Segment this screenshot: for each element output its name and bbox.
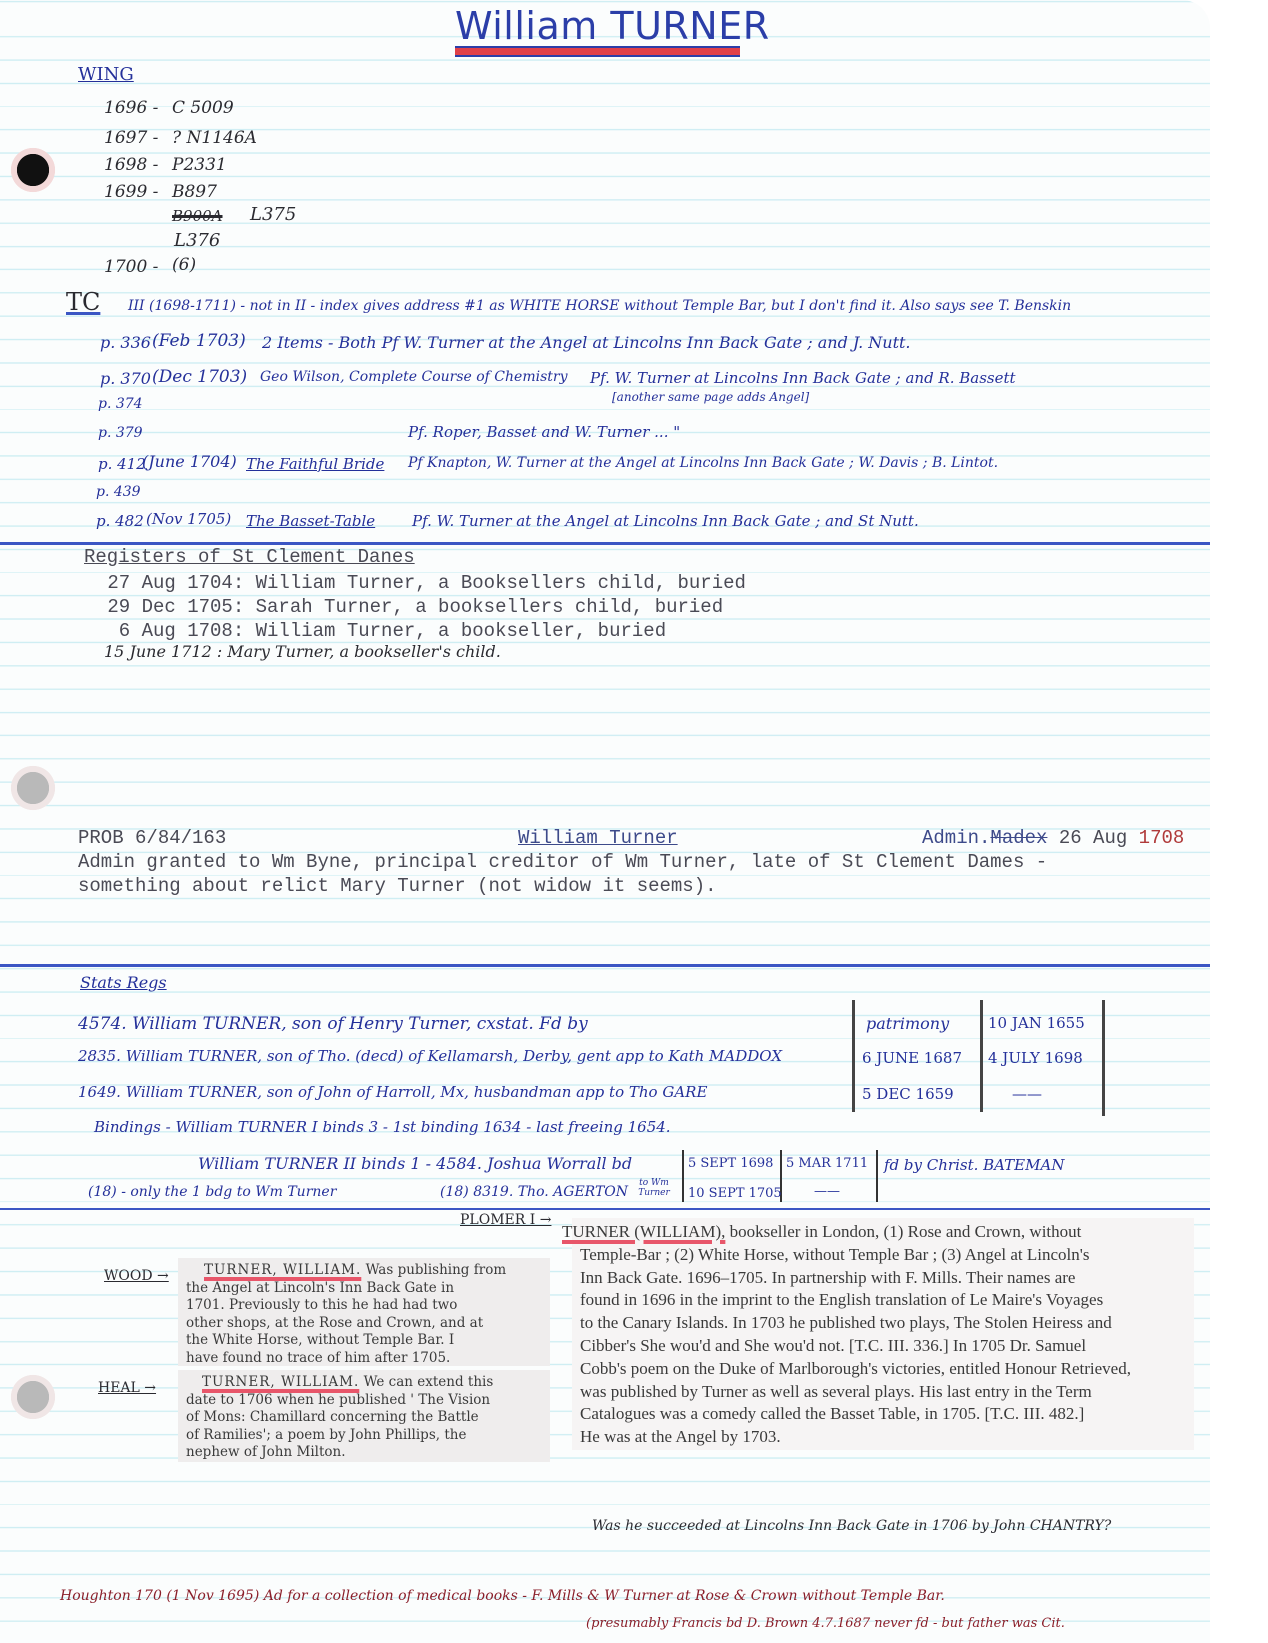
table-divider [876, 1150, 878, 1202]
section-divider [0, 1208, 1210, 1210]
heal-clipping: TURNER, WILLIAM. We can extend this date… [178, 1370, 550, 1462]
wing-year: 1700 - [104, 257, 158, 277]
wood-line: the White Horse, without Temple Bar. I [186, 1332, 454, 1348]
plomer-label: PLOMER I → [460, 1212, 551, 1228]
tc-page: p. 482 [96, 512, 144, 530]
table-divider [980, 1000, 983, 1112]
binding-entry: William TURNER II binds 1 - 4584. Joshua… [198, 1154, 632, 1173]
stats-col2: 10 JAN 1655 [988, 1014, 1085, 1032]
section-divider [0, 964, 1210, 967]
table-divider [1102, 1000, 1105, 1116]
tc-date: (Feb 1703) [152, 331, 246, 351]
plomer-note: Was he succeeded at Lincolns Inn Back Ga… [592, 1518, 1111, 1534]
tc-page: p. 379 [98, 425, 143, 441]
prob-admin-year: 1708 [1139, 827, 1185, 849]
houghton-line-1: Houghton 170 (1 Nov 1695) Ad for a colle… [60, 1588, 945, 1604]
prob-reference: PROB 6/84/163 [78, 827, 226, 849]
prob-name: William Turner [518, 827, 678, 849]
heal-line: nephew of John Milton. [186, 1444, 346, 1460]
stats-col2: —— [1012, 1085, 1042, 1103]
punch-hole [8, 145, 58, 195]
tc-title: The Basset-Table [246, 512, 375, 530]
prob-admin-label: Admin. [922, 827, 990, 849]
tc-text: Pf. Roper, Basset and W. Turner ... " [408, 423, 680, 441]
tc-text: 2 Items - Both Pf W. Turner at the Angel… [262, 333, 911, 352]
houghton-line-2: (presumably Francis bd D. Brown 4.7.1687… [586, 1616, 1065, 1631]
bindings-line: Bindings - William TURNER I binds 3 - 1s… [94, 1118, 671, 1136]
binding-col3: fd by Christ. BATEMAN [884, 1156, 1064, 1174]
wing-ref: B897 [172, 182, 217, 202]
heal-line: of Mons: Chamillard concerning the Battl… [186, 1409, 479, 1425]
section-divider [0, 542, 1210, 545]
plomer-clipping: TURNER (WILLIAM), bookseller in London, … [572, 1218, 1194, 1450]
prob-admin-date: 26 Aug [1059, 827, 1127, 849]
binding-col2: 5 MAR 1711 [786, 1156, 868, 1171]
tc-page: p. 439 [96, 484, 141, 500]
plomer-line: was published by Turner as well as sever… [562, 1382, 1092, 1401]
table-divider [852, 1000, 855, 1112]
stats-col2: 4 JULY 1698 [988, 1049, 1083, 1067]
wing-year: 1697 - [104, 128, 158, 148]
tc-text: Pf. W. Turner at Lincolns Inn Back Gate … [590, 369, 1016, 387]
heal-name: TURNER, WILLIAM. [202, 1374, 359, 1390]
stats-col1: patrimony [866, 1014, 949, 1033]
tc-note: [another same page adds Angel] [612, 390, 809, 404]
tc-text: Pf. W. Turner at the Angel at Lincolns I… [412, 512, 919, 530]
wood-clipping: TURNER, WILLIAM. Was publishing from the… [178, 1258, 550, 1366]
wing-ref: (6) [172, 255, 196, 275]
plomer-name: TURNER (WILLIAM), [562, 1222, 725, 1241]
heal-label: HEAL → [98, 1380, 156, 1396]
binding-col2: —— [814, 1184, 840, 1199]
wing-ref: ? N1146A [172, 128, 257, 148]
register-entry: 29 Dec 1705: Sarah Turner, a booksellers… [96, 596, 723, 618]
tc-date: (Nov 1705) [146, 510, 231, 528]
tc-date: (Dec 1703) [152, 367, 247, 387]
plomer-line: Temple-Bar ; (2) White Horse, without Te… [562, 1245, 1089, 1264]
wood-label: WOOD → [104, 1268, 169, 1284]
title-underline [455, 46, 740, 57]
page-title: William TURNER [455, 4, 770, 48]
tc-page: p. 374 [98, 396, 143, 412]
wing-ref: C 5009 [172, 98, 234, 118]
binding-col1: 5 SEPT 1698 [688, 1156, 773, 1171]
binding-entry: (18) 8319. Tho. AGERTON [440, 1184, 628, 1200]
stats-row: 4574. William TURNER, son of Henry Turne… [78, 1014, 588, 1034]
tc-title: The Faithful Bride [246, 455, 384, 473]
plomer-line: Inn Back Gate. 1696–1705. In partnership… [562, 1268, 1075, 1287]
heal-line: We can extend this [364, 1374, 494, 1390]
registers-heading: Registers of St Clement Danes [84, 546, 415, 568]
plomer-text: TURNER (WILLIAM), bookseller in London, … [562, 1221, 1182, 1449]
wood-text: TURNER, WILLIAM. Was publishing from the… [186, 1262, 546, 1367]
stats-col1: 6 JUNE 1687 [862, 1049, 962, 1067]
punch-hole [8, 763, 58, 813]
register-entry: 27 Aug 1704: William Turner, a Bookselle… [96, 572, 746, 594]
wood-line: the Angel at Lincoln's Inn Back Gate in [186, 1280, 454, 1296]
table-divider [682, 1150, 684, 1202]
wing-year: 1696 - [104, 98, 158, 118]
heal-line: date to 1706 when he published ' The Vis… [186, 1392, 490, 1408]
plomer-line: Catalogues was a comedy called the Basse… [562, 1404, 1084, 1423]
wing-year: 1698 - [104, 155, 158, 175]
plomer-line: He was at the Angel by 1703. [562, 1427, 781, 1446]
heal-line: of Ramilies'; a poem by John Phillips, t… [186, 1427, 466, 1443]
wood-line: Was publishing from [366, 1262, 507, 1278]
wing-ref: P2331 [172, 155, 227, 175]
notebook-page: William TURNER WING 1696 - C 5009 1697 -… [0, 0, 1210, 1643]
plomer-line: to the Canary Islands. In 1703 he publis… [562, 1313, 1112, 1332]
stats-row: 1649. William TURNER, son of John of Har… [78, 1083, 707, 1101]
wood-line: have found no trace of him after 1705. [186, 1350, 450, 1366]
wing-struck-ref: B900A [172, 207, 223, 225]
stats-row: 2835. William TURNER, son of Tho. (decd)… [78, 1047, 782, 1065]
heal-text: TURNER, WILLIAM. We can extend this date… [186, 1374, 546, 1462]
plomer-line: Cobb's poem on the Duke of Marlborough's… [562, 1359, 1131, 1378]
wing-heading: WING [78, 64, 134, 85]
prob-admin-struck: Madex [990, 827, 1047, 849]
stats-heading: Stats Regs [80, 973, 167, 992]
wing-ref: L376 [174, 230, 220, 251]
register-entry: 6 Aug 1708: William Turner, a bookseller… [96, 620, 666, 642]
tc-intro: III (1698-1711) - not in II - index give… [128, 298, 1071, 314]
wing-year: 1699 - [104, 182, 158, 202]
tc-page: p. 412 [98, 455, 146, 473]
plomer-line: bookseller in London, (1) Rose and Crown… [730, 1222, 1082, 1241]
binding-note: (18) - only the 1 bdg to Wm Turner [88, 1184, 336, 1200]
tc-title: Geo Wilson, Complete Course of Chemistry [260, 369, 568, 385]
tc-date: (June 1704) [142, 452, 237, 471]
tc-page: p. 370 [100, 369, 151, 388]
stats-col1: 5 DEC 1659 [862, 1085, 954, 1103]
plomer-line: found in 1696 in the imprint to the Engl… [562, 1290, 1103, 1309]
tc-page: p. 336 [100, 333, 151, 352]
binding-small-note: to Wm Turner [632, 1178, 676, 1198]
prob-line-2: something about relict Mary Turner (not … [78, 875, 717, 897]
wood-line: other shops, at the Rose and Crown, and … [186, 1315, 483, 1331]
wing-ref: L375 [250, 204, 296, 225]
wood-line: 1701. Previously to this he had had two [186, 1297, 457, 1313]
tc-heading: TC [66, 288, 100, 316]
tc-text: Pf Knapton, W. Turner at the Angel at Li… [408, 455, 998, 471]
register-entry-handwritten: 15 June 1712 : Mary Turner, a bookseller… [104, 642, 501, 661]
wood-name: TURNER, WILLIAM. [204, 1262, 361, 1278]
punch-hole [8, 1372, 58, 1422]
binding-col1: 10 SEPT 1705 [688, 1186, 782, 1201]
prob-line-1: Admin granted to Wm Byne, principal cred… [78, 851, 1047, 873]
prob-admin: Admin.Madex 26 Aug 1708 [922, 827, 1184, 849]
plomer-line: Cibber's She wou'd and She wou'd not. [T… [562, 1336, 1086, 1355]
